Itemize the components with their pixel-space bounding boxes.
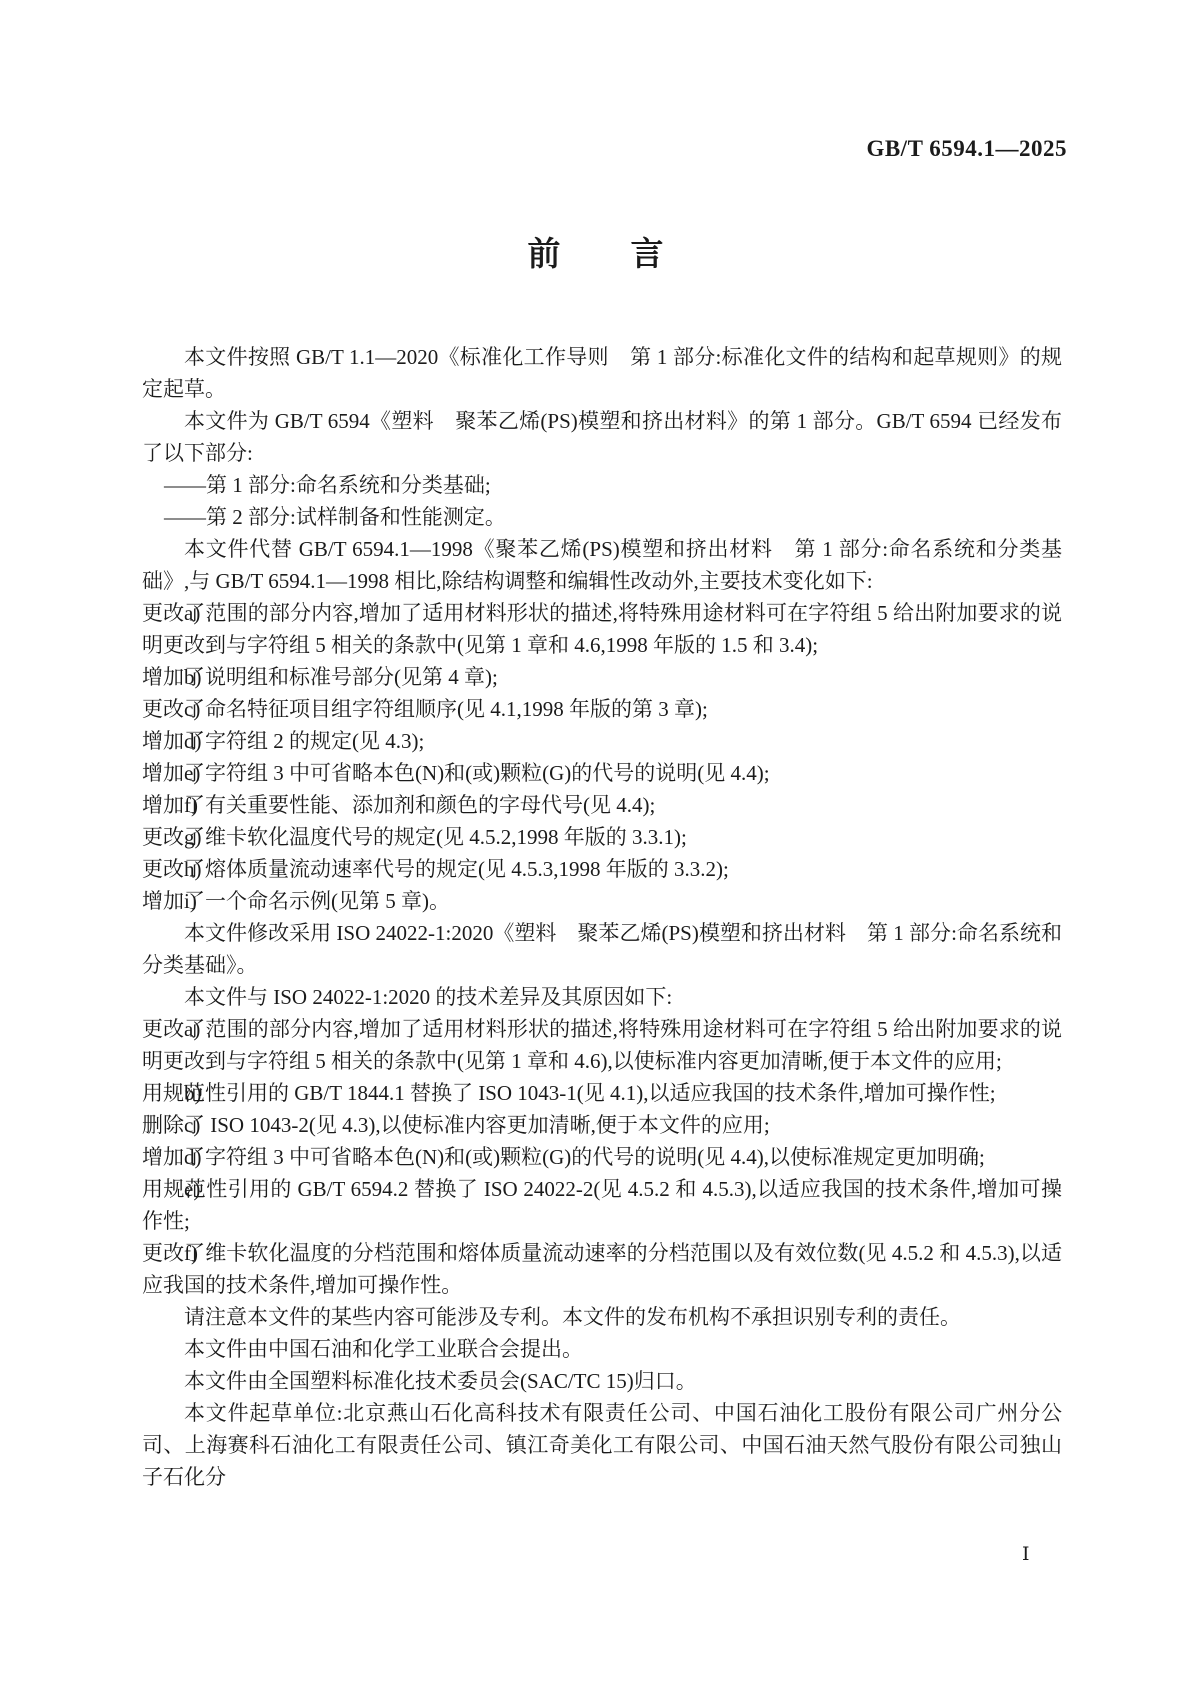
change-item-a: a) 更改了范围的部分内容,增加了适用材料形状的描述,将特殊用途材料可在字符组 … [142,597,1062,661]
list-marker-a: a) [184,1013,200,1045]
list-text-h: 更改了熔体质量流动速率代号的规定(见 4.5.3,1998 年版的 3.3.2)… [142,857,729,881]
change-item-b: b) 增加了说明组和标准号部分(见第 4 章); [142,661,1062,693]
page-number: Ⅰ [1022,1543,1030,1566]
foreword-title: 前 言 [0,234,1191,274]
list-marker-h: h) [184,853,202,885]
list-marker-f: f) [184,1237,198,1269]
paragraph-adopts-iso: 本文件修改采用 ISO 24022-1:2020《塑料 聚苯乙烯(PS)模塑和挤… [142,917,1062,981]
change-item-f: f) 增加了有关重要性能、添加剂和颜色的字母代号(见 4.4); [142,789,1062,821]
paragraph-drafting-rule: 本文件按照 GB/T 1.1—2020《标准化工作导则 第 1 部分:标准化文件… [142,341,1062,405]
paragraph-replaces: 本文件代替 GB/T 6594.1—1998《聚苯乙烯(PS)模塑和挤出材料 第… [142,533,1062,597]
change-item-e: e) 增加了字符组 3 中可省略本色(N)和(或)颗粒(G)的代号的说明(见 4… [142,757,1062,789]
list-text-f: 更改了维卡软化温度的分档范围和熔体质量流动速率的分档范围以及有效位数(见 4.5… [142,1241,1062,1297]
change-item-i: i) 增加了一个命名示例(见第 5 章)。 [142,885,1062,917]
standard-number: GB/T 6594.1—2025 [866,136,1067,162]
list-marker-b: b) [184,661,202,693]
paragraph-parts-intro: 本文件为 GB/T 6594《塑料 聚苯乙烯(PS)模塑和挤出材料》的第 1 部… [142,405,1062,469]
list-text-d: 增加了字符组 3 中可省略本色(N)和(或)颗粒(G)的代号的说明(见 4.4)… [142,1145,985,1169]
list-text-b: 用规范性引用的 GB/T 1844.1 替换了 ISO 1043-1(见 4.1… [142,1081,996,1105]
list-marker-d: d) [184,725,202,757]
list-marker-g: g) [184,821,202,853]
difference-item-f: f) 更改了维卡软化温度的分档范围和熔体质量流动速率的分档范围以及有效位数(见 … [142,1237,1062,1301]
list-text-a: 更改了范围的部分内容,增加了适用材料形状的描述,将特殊用途材料可在字符组 5 给… [142,601,1062,657]
list-text-e: 用规范性引用的 GB/T 6594.2 替换了 ISO 24022-2(见 4.… [142,1177,1062,1233]
list-text-c: 更改了命名特征项目组字符组顺序(见 4.1,1998 年版的第 3 章); [142,697,708,721]
change-item-g: g) 更改了维卡软化温度代号的规定(见 4.5.2,1998 年版的 3.3.1… [142,821,1062,853]
document-page: GB/T 6594.1—2025 前 言 本文件按照 GB/T 1.1—2020… [0,0,1191,1685]
paragraph-centralized-by: 本文件由全国塑料标准化技术委员会(SAC/TC 15)归口。 [142,1365,1062,1397]
paragraph-proposed-by: 本文件由中国石油和化学工业联合会提出。 [142,1333,1062,1365]
difference-item-a: a) 更改了范围的部分内容,增加了适用材料形状的描述,将特殊用途材料可在字符组 … [142,1013,1062,1077]
list-marker-d: d) [184,1141,202,1173]
dash-item-part-2: ——第 2 部分:试样制备和性能测定。 [142,501,1062,533]
difference-item-d: d) 增加了字符组 3 中可省略本色(N)和(或)颗粒(G)的代号的说明(见 4… [142,1141,1062,1173]
list-marker-e: e) [184,757,200,789]
list-marker-b: b) [184,1077,202,1109]
foreword-title-char-1: 前 [528,234,561,274]
dash-item-part-1: ——第 1 部分:命名系统和分类基础; [142,469,1062,501]
change-item-c: c) 更改了命名特征项目组字符组顺序(见 4.1,1998 年版的第 3 章); [142,693,1062,725]
difference-item-b: b) 用规范性引用的 GB/T 1844.1 替换了 ISO 1043-1(见 … [142,1077,1062,1109]
difference-item-e: e) 用规范性引用的 GB/T 6594.2 替换了 ISO 24022-2(见… [142,1173,1062,1237]
list-marker-e: e) [184,1173,200,1205]
paragraph-differences-intro: 本文件与 ISO 24022-1:2020 的技术差异及其原因如下: [142,981,1062,1013]
list-text-a: 更改了范围的部分内容,增加了适用材料形状的描述,将特殊用途材料可在字符组 5 给… [142,1017,1062,1073]
list-marker-f: f) [184,789,198,821]
paragraph-drafting-organizations: 本文件起草单位:北京燕山石化高科技术有限责任公司、中国石油化工股份有限公司广州分… [142,1397,1062,1493]
list-marker-c: c) [184,693,200,725]
foreword-body: 本文件按照 GB/T 1.1—2020《标准化工作导则 第 1 部分:标准化文件… [142,341,1062,1493]
foreword-title-char-2: 言 [631,234,664,274]
list-text-f: 增加了有关重要性能、添加剂和颜色的字母代号(见 4.4); [142,793,655,817]
list-marker-a: a) [184,597,200,629]
difference-item-c: c) 删除了 ISO 1043-2(见 4.3),以使标准内容更加清晰,便于本文… [142,1109,1062,1141]
change-item-h: h) 更改了熔体质量流动速率代号的规定(见 4.5.3,1998 年版的 3.3… [142,853,1062,885]
list-text-e: 增加了字符组 3 中可省略本色(N)和(或)颗粒(G)的代号的说明(见 4.4)… [142,761,770,785]
list-text-g: 更改了维卡软化温度代号的规定(见 4.5.2,1998 年版的 3.3.1); [142,825,687,849]
list-marker-i: i) [184,885,197,917]
change-item-d: d) 增加了字符组 2 的规定(见 4.3); [142,725,1062,757]
list-text-c: 删除了 ISO 1043-2(见 4.3),以使标准内容更加清晰,便于本文件的应… [142,1113,770,1137]
list-marker-c: c) [184,1109,200,1141]
paragraph-patent-notice: 请注意本文件的某些内容可能涉及专利。本文件的发布机构不承担识别专利的责任。 [142,1301,1062,1333]
